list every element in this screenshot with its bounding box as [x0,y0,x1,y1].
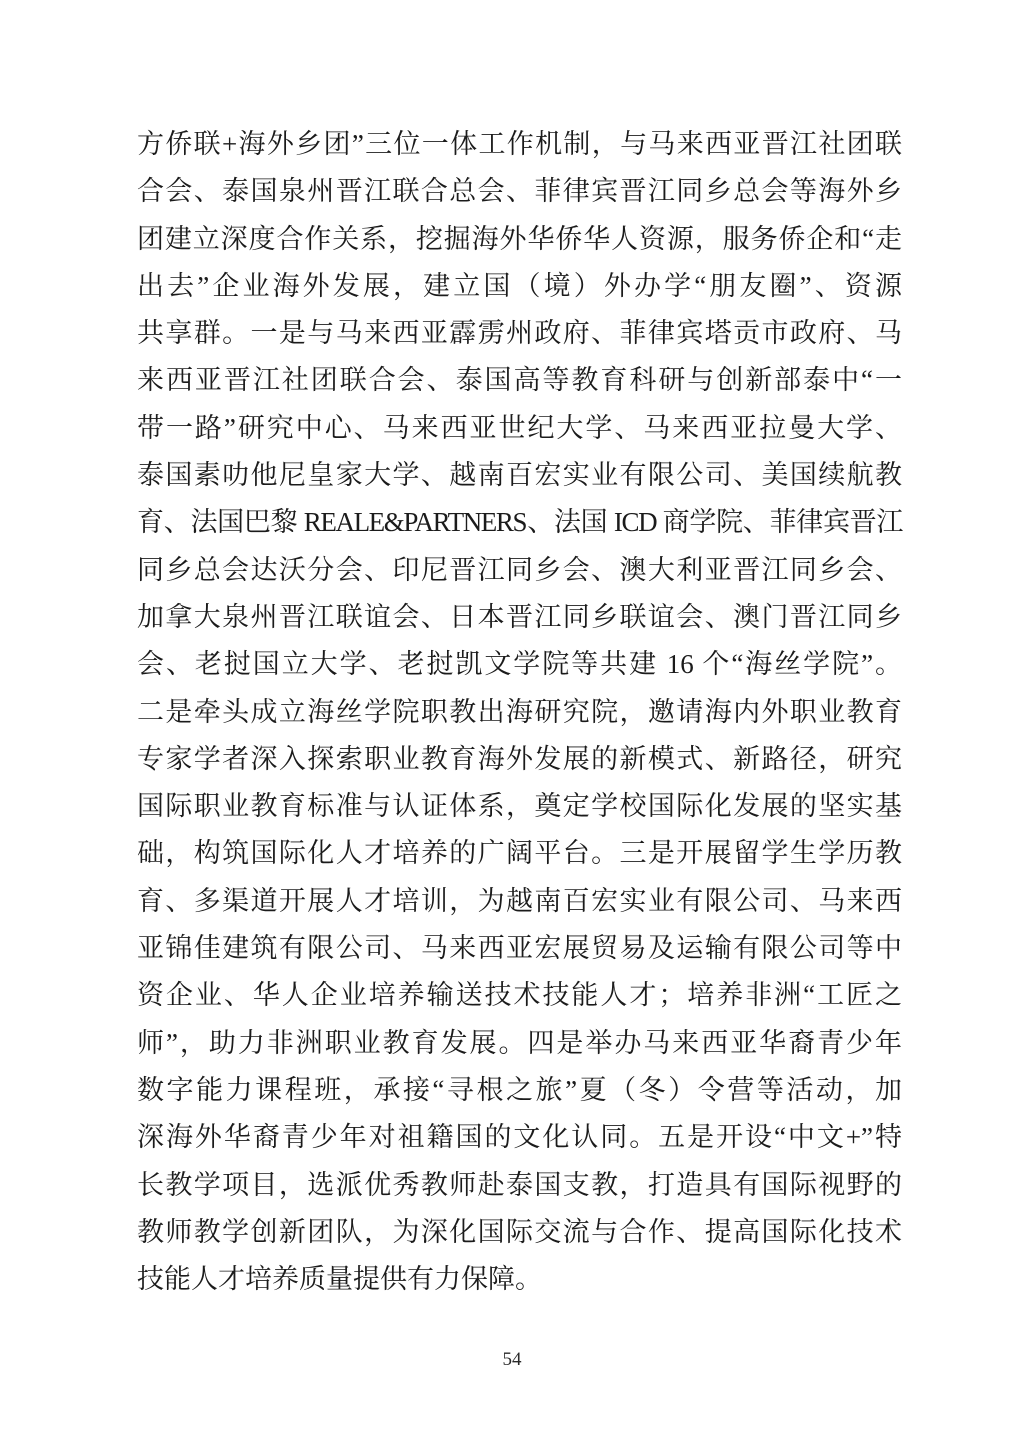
body-text-line: 国际职业教育标准与认证体系，奠定学校国际化发展的坚实基 [137,783,902,830]
body-text-line: 会、老挝国立大学、老挝凯文学院等共建 16 个“海丝学院”。 [137,641,902,688]
body-text-line: 专家学者深入探索职业教育海外发展的新模式、新路径，研究 [137,736,902,783]
body-text-line: 同乡总会达沃分会、印尼晋江同乡会、澳大利亚晋江同乡会、 [137,547,902,594]
body-text-line: 来西亚晋江社团联合会、泰国高等教育科研与创新部泰中“一 [137,357,902,404]
body-text-line: 共享群。一是与马来西亚霹雳州政府、菲律宾塔贡市政府、马 [137,310,902,357]
body-text-line: 出去”企业海外发展，建立国（境）外办学“朋友圈”、资源 [137,263,902,310]
body-text-line: 师”，助力非洲职业教育发展。四是举办马来西亚华裔青少年 [137,1020,902,1067]
body-text-line: 团建立深度合作关系，挖掘海外华侨华人资源，服务侨企和“走 [137,216,902,263]
body-text-line: 资企业、华人企业培养输送技术技能人才；培养非洲“工匠之 [137,972,902,1019]
body-text-line: 二是牵头成立海丝学院职教出海研究院，邀请海内外职业教育 [137,689,902,736]
body-text-line: 合会、泰国泉州晋江联合总会、菲律宾晋江同乡总会等海外乡 [137,168,902,215]
body-text-line: 技能人才培养质量提供有力保障。 [137,1256,902,1303]
page-number: 54 [0,1346,1024,1374]
body-text-line: 带一路”研究中心、马来西亚世纪大学、马来西亚拉曼大学、 [137,405,902,452]
body-text: 方侨联+海外乡团”三位一体工作机制，与马来西亚晋江社团联 合会、泰国泉州晋江联合… [137,121,902,1303]
document-page: 方侨联+海外乡团”三位一体工作机制，与马来西亚晋江社团联 合会、泰国泉州晋江联合… [0,0,1024,1448]
body-text-line: 加拿大泉州晋江联谊会、日本晋江同乡联谊会、澳门晋江同乡 [137,594,902,641]
body-text-line: 方侨联+海外乡团”三位一体工作机制，与马来西亚晋江社团联 [137,121,902,168]
body-text-line: 育、法国巴黎 REALE&PARTNERS、法国 ICD 商学院、菲律宾晋江 [137,499,902,546]
body-text-line: 深海外华裔青少年对祖籍国的文化认同。五是开设“中文+”特 [137,1114,902,1161]
body-text-line: 础，构筑国际化人才培养的广阔平台。三是开展留学生学历教 [137,830,902,877]
body-text-line: 泰国素叻他尼皇家大学、越南百宏实业有限公司、美国续航教 [137,452,902,499]
body-text-line: 亚锦佳建筑有限公司、马来西亚宏展贸易及运输有限公司等中 [137,925,902,972]
body-text-line: 育、多渠道开展人才培训，为越南百宏实业有限公司、马来西 [137,878,902,925]
body-text-line: 数字能力课程班，承接“寻根之旅”夏（冬）令营等活动，加 [137,1067,902,1114]
body-text-line: 长教学项目，选派优秀教师赴泰国支教，打造具有国际视野的 [137,1162,902,1209]
body-text-line: 教师教学创新团队，为深化国际交流与合作、提高国际化技术 [137,1209,902,1256]
